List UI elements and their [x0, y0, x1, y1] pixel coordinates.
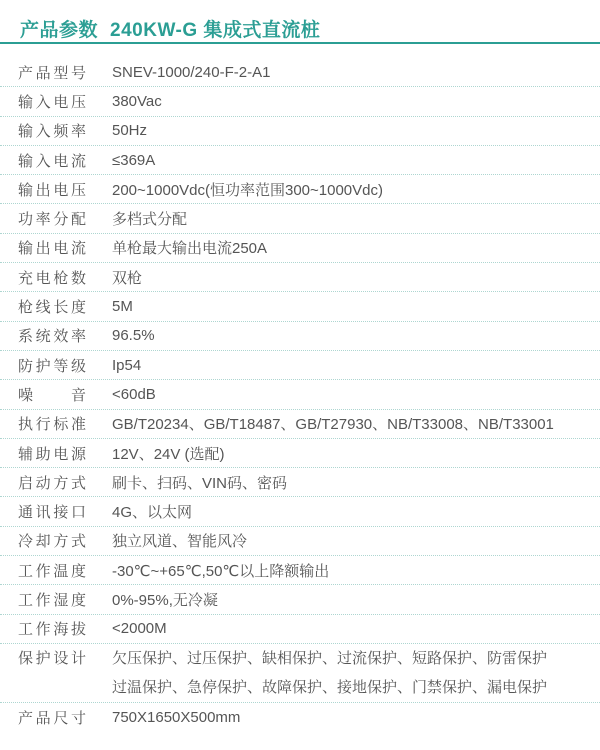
spec-row-cooling: 冷却方式 独立风道、智能风冷 [0, 527, 600, 556]
spec-label: 功率分配 [18, 208, 86, 229]
spec-label: 充电枪数 [18, 267, 86, 288]
spec-label: 噪音 [18, 384, 86, 405]
spec-label: 执行标准 [18, 413, 86, 434]
spec-value: GB/T20234、GB/T18487、GB/T27930、NB/T33008、… [112, 413, 554, 434]
spec-row-operating-humidity: 工作湿度 0%-95%,无冷凝 [0, 585, 600, 614]
spec-label: 输出电流 [18, 237, 86, 258]
header: 产品参数240KW-G 集成式直流桩 [0, 0, 600, 44]
spec-row-efficiency: 系统效率 96.5% [0, 322, 600, 351]
spec-value: 独立风道、智能风冷 [112, 530, 247, 551]
spec-label: 防护等级 [18, 355, 86, 376]
spec-row-operating-temp: 工作温度 -30℃~+65℃,50℃以上降额输出 [0, 556, 600, 585]
spec-value: 380Vac [112, 93, 162, 110]
spec-label: 冷却方式 [18, 530, 86, 551]
spec-value: <2000M [112, 620, 167, 637]
spec-value: 多档式分配 [112, 208, 187, 229]
spec-value: 5M [112, 298, 133, 315]
title-sub: 240KW-G 集成式直流桩 [110, 20, 320, 41]
spec-value: -30℃~+65℃,50℃以上降额输出 [112, 560, 329, 581]
spec-row-protection-rating: 防护等级 Ip54 [0, 351, 600, 380]
spec-value: Ip54 [112, 357, 141, 374]
spec-label: 输入频率 [18, 120, 86, 141]
spec-label: 输出电压 [18, 179, 86, 200]
spec-value: 12V、24V (选配) [112, 443, 225, 464]
spec-row-gun-count: 充电枪数 双枪 [0, 263, 600, 292]
spec-label: 通讯接口 [18, 501, 86, 522]
spec-label: 产品型号 [18, 62, 86, 83]
spec-row-output-current: 输出电流 单枪最大输出电流250A [0, 234, 600, 263]
spec-value: <60dB [112, 386, 156, 403]
spec-value: 0%-95%,无冷凝 [112, 589, 218, 610]
product-spec-page: 产品参数240KW-G 集成式直流桩 产品型号 SNEV-1000/240-F-… [0, 0, 600, 732]
spec-row-cable-length: 枪线长度 5M [0, 292, 600, 321]
spec-value: 单枪最大输出电流250A [112, 237, 267, 258]
spec-label: 工作海拔 [18, 618, 86, 639]
spec-value-line1: 欠压保护、过压保护、缺相保护、过流保护、短路保护、防雷保护 [112, 644, 547, 673]
spec-row-noise: 噪音 <60dB [0, 380, 600, 409]
spec-table: 产品型号 SNEV-1000/240-F-2-A1 输入电压 380Vac 输入… [0, 44, 600, 732]
spec-value: 750X1650X500mm [112, 709, 240, 726]
spec-label: 保护设计 [18, 644, 86, 673]
spec-row-input-current: 输入电流 ≤369A [0, 146, 600, 175]
title-main: 产品参数 [20, 20, 98, 41]
spec-row-altitude: 工作海拔 <2000M [0, 615, 600, 644]
spec-row-input-voltage: 输入电压 380Vac [0, 87, 600, 116]
spec-value: 双枪 [112, 267, 142, 288]
spec-row-comm-interface: 通讯接口 4G、以太网 [0, 497, 600, 526]
spec-row-protection-design: 保护设计 欠压保护、过压保护、缺相保护、过流保护、短路保护、防雷保护 过温保护、… [0, 644, 600, 703]
spec-label: 启动方式 [18, 472, 86, 493]
spec-value: 50Hz [112, 122, 147, 139]
spec-row-output-voltage: 输出电压 200~1000Vdc(恒功率范围300~1000Vdc) [0, 175, 600, 204]
spec-value: 96.5% [112, 327, 155, 344]
spec-label: 工作湿度 [18, 589, 86, 610]
page-title: 产品参数240KW-G 集成式直流桩 [20, 20, 320, 41]
spec-value: 刷卡、扫码、VIN码、密码 [112, 472, 287, 493]
spec-row-model: 产品型号 SNEV-1000/240-F-2-A1 [0, 58, 600, 87]
spec-label: 输入电流 [18, 150, 86, 171]
spec-value: 200~1000Vdc(恒功率范围300~1000Vdc) [112, 179, 383, 200]
spec-row-dimensions: 产品尺寸 750X1650X500mm [0, 703, 600, 732]
spec-label: 产品尺寸 [18, 707, 86, 728]
spec-label: 工作温度 [18, 560, 86, 581]
spec-row-aux-power: 辅助电源 12V、24V (选配) [0, 439, 600, 468]
spec-value: 欠压保护、过压保护、缺相保护、过流保护、短路保护、防雷保护 过温保护、急停保护、… [112, 644, 547, 703]
spec-value: SNEV-1000/240-F-2-A1 [112, 64, 270, 81]
spec-value: 4G、以太网 [112, 501, 192, 522]
spec-label: 输入电压 [18, 91, 86, 112]
spec-row-input-frequency: 输入频率 50Hz [0, 117, 600, 146]
spec-label: 枪线长度 [18, 296, 86, 317]
spec-row-power-distribution: 功率分配 多档式分配 [0, 204, 600, 233]
spec-value: ≤369A [112, 152, 155, 169]
spec-label: 辅助电源 [18, 443, 86, 464]
spec-row-standards: 执行标准 GB/T20234、GB/T18487、GB/T27930、NB/T3… [0, 410, 600, 439]
spec-row-start-method: 启动方式 刷卡、扫码、VIN码、密码 [0, 468, 600, 497]
spec-label: 系统效率 [18, 325, 86, 346]
spec-value-line2: 过温保护、急停保护、故障保护、接地保护、门禁保护、漏电保护 [112, 673, 547, 702]
